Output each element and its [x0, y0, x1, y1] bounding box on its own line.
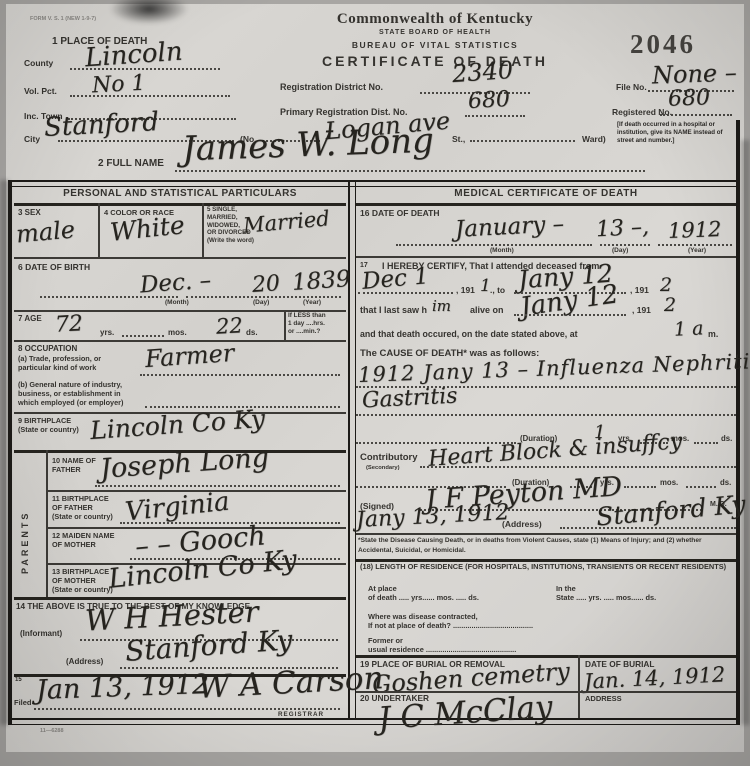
- from-year-prefix: , 191: [456, 285, 475, 295]
- color-marital-divider: [202, 203, 204, 257]
- full-name-fill-line: [175, 170, 645, 172]
- dod-year-value: 1912: [668, 219, 722, 242]
- registrar-label: REGISTRAR: [278, 711, 324, 719]
- residence-heading: (18) LENGTH OF RESIDENCE (FOR HOSPITALS,…: [360, 563, 732, 572]
- less-than-day-note: If LESS than 1 day ....hrs. or ....min.?: [288, 312, 326, 336]
- occupation-a-label: (a) Trade, profession, or particular kin…: [18, 354, 101, 372]
- duration2-mos-fill: [624, 486, 656, 488]
- last-saw-year-digit: 2: [664, 296, 676, 315]
- date-of-death-label: 16 DATE OF DEATH: [360, 208, 440, 218]
- primary-registration-value: 680: [467, 89, 510, 113]
- mother-maiden-label: 12 MAIDEN NAME OF MOTHER: [52, 531, 114, 549]
- parents-vertical-label: PARENTS: [20, 478, 31, 574]
- registered-no-fill-line: [660, 114, 732, 116]
- dod-day-value: 13 –,: [595, 217, 649, 242]
- last-saw-year-prefix: , 191: [632, 305, 651, 315]
- registered-no-value: 680: [668, 87, 711, 110]
- bureau-heading: BUREAU OF VITAL STATISTICS: [260, 40, 610, 50]
- age-days-value: 22: [215, 315, 243, 337]
- dod-month-value: January –: [454, 213, 564, 242]
- dob-month-value: Dec. –: [139, 270, 211, 298]
- vol-pct-fill-line: [70, 95, 230, 97]
- medical-rule-2: [356, 533, 736, 535]
- full-name-label: 2 FULL NAME: [98, 158, 164, 170]
- filed-label: Filed: [14, 698, 32, 707]
- dod-fill-2: [600, 244, 650, 246]
- certificate-title: CERTIFICATE OF DEATH: [260, 53, 610, 70]
- form-code: 11—6288: [40, 728, 64, 735]
- duration2-ds-label: ds.: [720, 478, 731, 487]
- residence-in-state: In the State ..... yrs. ..... mos...... …: [556, 584, 656, 603]
- parents-strip-divider: [46, 450, 48, 598]
- file-no-value: None –: [652, 61, 738, 88]
- city-label: City: [24, 134, 40, 144]
- city-value: Stanford: [43, 109, 159, 141]
- bottom-border: [8, 718, 740, 725]
- dod-day-sublabel: (Day): [612, 247, 628, 255]
- death-time-value: 1 a: [674, 319, 704, 340]
- cause-footnote: *State the Disease Causing Death, or in …: [358, 536, 734, 556]
- commonwealth-heading: Commonwealth of Kentucky: [260, 10, 610, 28]
- medical-rule-1: [356, 256, 736, 258]
- hospital-note: [If death occurred in a hospital or inst…: [617, 121, 737, 144]
- to-year-digit: 2: [660, 276, 672, 295]
- informant-label: (Informant): [20, 629, 62, 639]
- occupation-a-fill: [140, 374, 340, 376]
- sex-label: 3 SEX: [18, 208, 41, 218]
- mother-birthplace-label: 13 BIRTHPLACE OF MOTHER (State or countr…: [52, 567, 113, 594]
- dod-year-sublabel: (Year): [688, 247, 706, 255]
- last-saw-fill-line: [514, 314, 626, 316]
- signed-address-label: (Address): [502, 519, 542, 529]
- header-divider-rule: [8, 180, 740, 187]
- attended-from-value: Dec 1: [361, 265, 430, 294]
- primary-registration-fill-line: [465, 115, 525, 117]
- full-name-value: James W. Long: [181, 124, 434, 167]
- duration2-ds-fill: [686, 486, 716, 488]
- right-border: [736, 120, 740, 725]
- cause-fill-2: [356, 414, 736, 416]
- cause-line-2: Gastritis: [361, 386, 458, 413]
- medical-rule-4: [356, 655, 736, 658]
- age-yrs-label: yrs.: [100, 328, 114, 338]
- color-race-value: White: [109, 212, 186, 245]
- duration1-ds-label: ds.: [721, 434, 732, 443]
- to-label: ., to: [490, 285, 505, 295]
- residence-contracted: Where was disease contracted, If not at …: [368, 612, 533, 631]
- dod-fill-3: [658, 244, 732, 246]
- occupation-b-label: (b) General nature of industry, business…: [18, 380, 123, 407]
- dob-fill-line-1: [40, 296, 178, 298]
- contributory-label: Contributory: [360, 452, 418, 463]
- death-m-label: m.: [708, 329, 718, 340]
- undertaker-address-label: ADDRESS: [585, 694, 622, 703]
- dob-month-sublabel: (Month): [165, 299, 189, 307]
- signed-address-fill: [560, 527, 736, 529]
- duration2-mos-label: mos.: [660, 478, 678, 487]
- last-saw-fill-value: im: [432, 299, 451, 314]
- state-board-heading: STATE BOARD OF HEALTH: [260, 29, 610, 37]
- filed-item-number: 15: [15, 677, 22, 684]
- medical-title-rule: [356, 203, 736, 206]
- registration-district-label: Registration District No.: [280, 82, 383, 93]
- father-name-label: 10 NAME OF FATHER: [52, 456, 96, 474]
- contributory-fill: [420, 466, 736, 468]
- column-divider: [348, 180, 356, 720]
- personal-section-title: PERSONAL AND STATISTICAL PARTICULARS: [14, 188, 346, 200]
- dob-year-value: 1839: [291, 268, 351, 295]
- sex-color-divider: [98, 203, 100, 257]
- dod-month-sublabel: (Month): [490, 247, 514, 255]
- dob-fill-line-2: [186, 296, 341, 298]
- dod-fill-1: [396, 244, 592, 246]
- sex-value: male: [15, 217, 76, 246]
- ward-fill-line: [470, 140, 575, 142]
- row-rule-3: [14, 340, 346, 342]
- father-birthplace-label: 11 BIRTHPLACE OF FATHER (State or countr…: [52, 494, 113, 521]
- to-year-prefix: , 191: [630, 285, 649, 295]
- personal-title-rule: [14, 203, 346, 206]
- age-mos-fill: [122, 335, 164, 337]
- last-saw-pre: that I last saw h: [360, 305, 427, 316]
- registration-district-value: 2340: [451, 58, 514, 86]
- death-occurred-text: and that death occured, on the date stat…: [360, 329, 578, 340]
- occupation-label: 8 OCCUPATION: [18, 344, 77, 354]
- attended-from-fill: [358, 292, 453, 294]
- vol-pct-label: Vol. Pct.: [24, 86, 57, 96]
- vol-pct-value: No 1: [91, 73, 146, 98]
- last-saw-mid: alive on: [470, 305, 504, 316]
- street-st-label: St.,: [452, 134, 465, 144]
- date-of-birth-label: 6 DATE OF BIRTH: [18, 262, 90, 272]
- county-label: County: [24, 58, 53, 68]
- age-ds-label: ds.: [246, 328, 258, 338]
- ward-label: Ward): [582, 134, 606, 144]
- dob-day-value: 20: [251, 273, 280, 297]
- certificate-stamp-number: 2046: [630, 28, 696, 60]
- secondary-label: (Secondary): [366, 465, 400, 472]
- scanned-death-certificate: FORM V. S. 1 (NEW 1-9-7) Commonwealth of…: [0, 0, 750, 766]
- form-number: FORM V. S. 1 (NEW 1-9-7): [30, 16, 96, 23]
- registrar-fill: [34, 708, 340, 710]
- duration1-ds-fill: [694, 442, 718, 444]
- county-value: Lincoln: [84, 39, 183, 72]
- residence-at-place: At place of death ..... yrs...... mos. .…: [368, 584, 479, 603]
- filed-date-value: Jan 13, 1912: [36, 671, 210, 704]
- file-no-label: File No.: [616, 82, 647, 92]
- dob-year-sublabel: (Year): [303, 299, 321, 307]
- age-box-divider: [284, 310, 286, 340]
- age-mos-label: mos.: [168, 328, 187, 338]
- age-years-value: 72: [54, 313, 83, 336]
- informant-address-label: (Address): [66, 657, 103, 667]
- left-border: [8, 180, 12, 725]
- burial-column-divider: [578, 655, 580, 718]
- age-label: 7 AGE: [18, 314, 42, 324]
- row-rule-1: [14, 257, 346, 259]
- occupation-value: Farmer: [144, 341, 235, 371]
- medical-section-title: MEDICAL CERTIFICATE OF DEATH: [356, 188, 736, 200]
- birthplace-label: 9 BIRTHPLACE (State or country): [18, 416, 79, 434]
- residence-former: Former or usual residence ..............…: [368, 636, 516, 655]
- dob-day-sublabel: (Day): [253, 299, 269, 307]
